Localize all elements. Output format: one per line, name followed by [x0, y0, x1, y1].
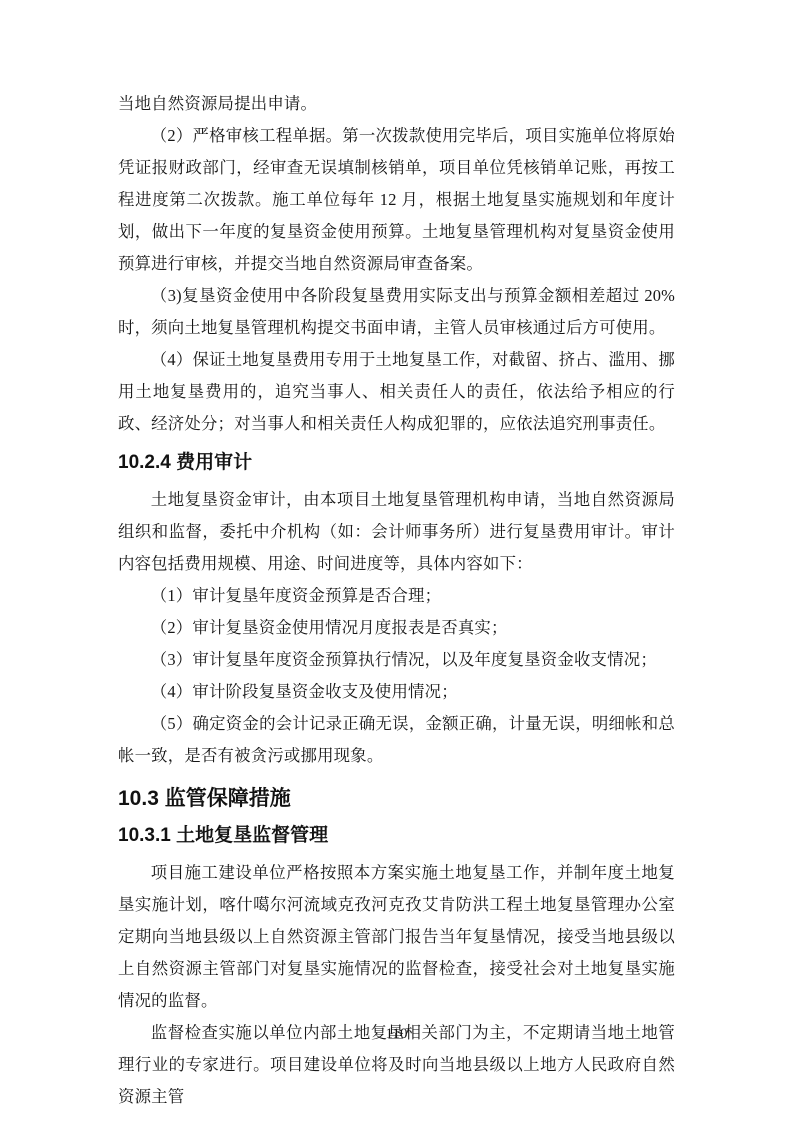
paragraph-item-3-budget-variance: （3)复垦资金使用中各阶段复垦费用实际支出与预算金额相差超过 20%时，须向土地…	[118, 280, 675, 344]
paragraph-audit-point-4: （4）审计阶段复垦资金收支及使用情况；	[118, 676, 675, 708]
paragraph-audit-point-1: （1）审计复垦年度资金预算是否合理；	[118, 580, 675, 612]
paragraph-audit-point-5: （5）确定资金的会计记录正确无误，金额正确，计量无误，明细帐和总帐一致，是否有被…	[118, 708, 675, 772]
paragraph-item-4-dedicated-funds: （4）保证土地复垦费用专用于土地复垦工作，对截留、挤占、滥用、挪用土地复垦费用的…	[118, 344, 675, 440]
page-number: 110	[0, 1024, 793, 1044]
section-heading-10-3-1: 10.3.1 土地复垦监督管理	[118, 823, 675, 849]
paragraph-audit-intro: 土地复垦资金审计，由本项目土地复垦管理机构申请，当地自然资源局组织和监督，委托中…	[118, 484, 675, 580]
document-page: 当地自然资源局提出申请。 （2）严格审核工程单据。第一次拨款使用完毕后，项目实施…	[0, 0, 793, 1122]
document-body: 当地自然资源局提出申请。 （2）严格审核工程单据。第一次拨款使用完毕后，项目实施…	[118, 88, 675, 1113]
paragraph-audit-point-2: （2）审计复垦资金使用情况月度报表是否真实；	[118, 612, 675, 644]
section-heading-10-3: 10.3 监管保障措施	[118, 785, 675, 813]
paragraph-supervision-management: 项目施工建设单位严格按照本方案实施土地复垦工作，并制年度土地复垦实施计划，喀什噶…	[118, 857, 675, 1017]
paragraph-item-2-audit-invoices: （2）严格审核工程单据。第一次拨款使用完毕后，项目实施单位将原始凭证报财政部门，…	[118, 120, 675, 280]
paragraph-continuation: 当地自然资源局提出申请。	[118, 88, 675, 120]
section-heading-10-2-4: 10.2.4 费用审计	[118, 450, 675, 476]
paragraph-audit-point-3: （3）审计复垦年度资金预算执行情况，以及年度复垦资金收支情况；	[118, 644, 675, 676]
